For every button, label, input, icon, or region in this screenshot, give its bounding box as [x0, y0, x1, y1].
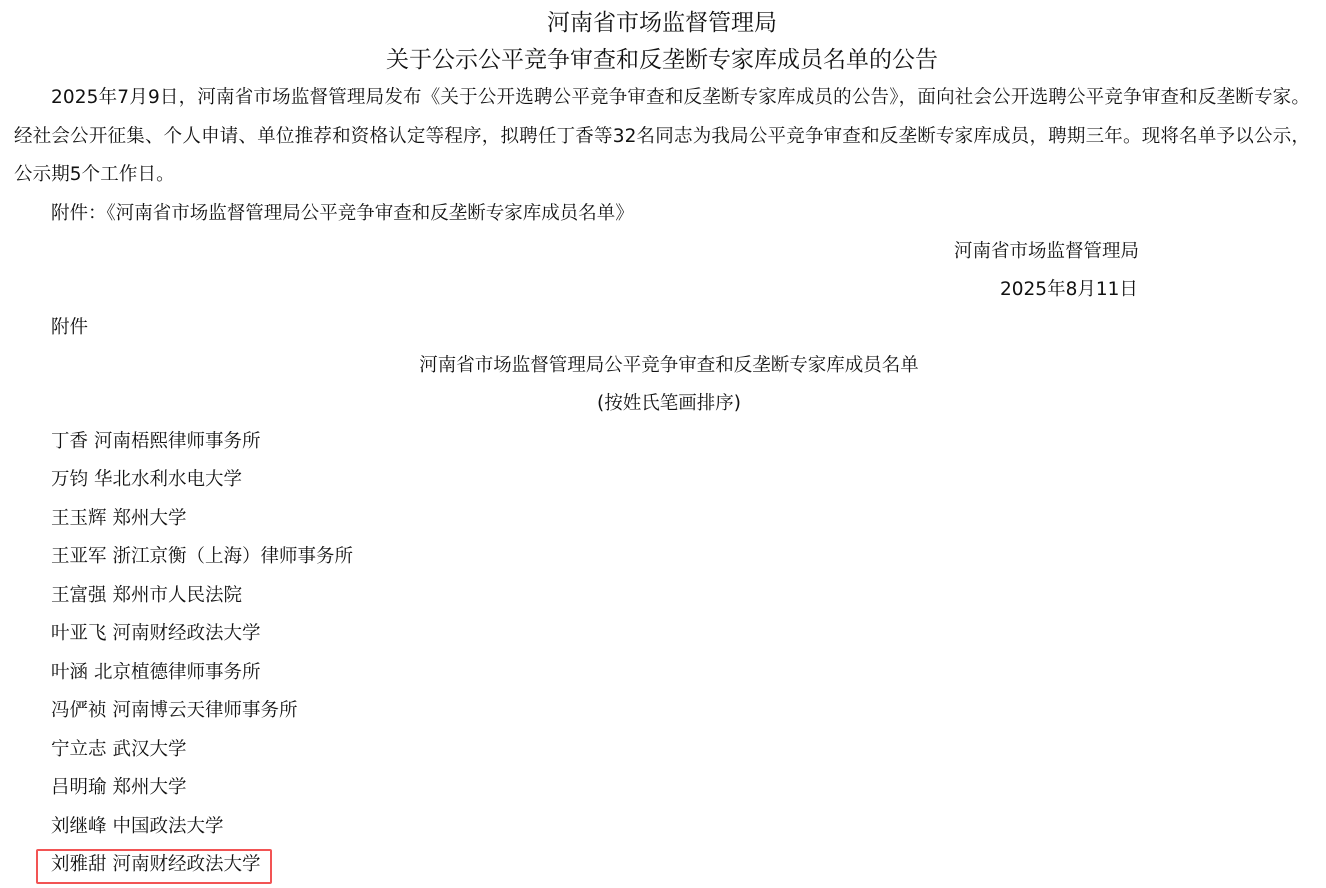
- announcement-body-paragraph: 2025年7月9日，河南省市场监督管理局发布《关于公开选聘公平竞争审查和反垄断专…: [14, 79, 1310, 195]
- signature-organization: 河南省市场监督管理局: [14, 233, 1310, 271]
- member-organization: 河南梧熙律师事务所: [94, 431, 261, 452]
- list-item: 吕明瑜郑州大学: [14, 769, 1310, 808]
- list-item: 宁立志武汉大学: [14, 731, 1310, 770]
- member-organization: 河南财经政法大学: [113, 854, 261, 875]
- member-list-title: 河南省市场监督管理局公平竞争审查和反垄断专家库成员名单: [14, 347, 1310, 385]
- member-list-subtitle: (按姓氏笔画排序): [14, 385, 1310, 423]
- list-item: 丁香河南梧熙律师事务所: [14, 423, 1310, 462]
- list-item: 叶亚飞河南财经政法大学: [14, 615, 1310, 654]
- member-organization: 郑州市人民法院: [113, 585, 243, 606]
- list-item: 王玉辉郑州大学: [14, 500, 1310, 539]
- member-name: 王玉辉: [51, 508, 107, 529]
- member-organization: 北京植德律师事务所: [94, 662, 261, 683]
- signature-date: 2025年8月11日: [14, 271, 1310, 309]
- member-name: 冯俨祯: [51, 700, 107, 721]
- announcement-title: 关于公示公平竞争审查和反垄断专家库成员名单的公告: [14, 43, 1310, 77]
- member-organization: 郑州大学: [113, 508, 187, 529]
- highlighted-member-text: 刘雅甜河南财经政法大学: [51, 846, 261, 885]
- member-name: 刘雅甜: [51, 854, 107, 875]
- member-name: 宁立志: [51, 739, 107, 760]
- member-organization: 浙江京衡（上海）律师事务所: [113, 546, 354, 567]
- attachment-reference: 附件：《河南省市场监督管理局公平竞争审查和反垄断专家库成员名单》: [14, 195, 1310, 233]
- member-name: 叶涵: [51, 662, 88, 683]
- agency-title: 河南省市场监督管理局: [14, 0, 1310, 40]
- member-name: 吕明瑜: [51, 777, 107, 798]
- list-item: 王亚军浙江京衡（上海）律师事务所: [14, 538, 1310, 577]
- list-item: 万钧华北水利水电大学: [14, 461, 1310, 500]
- member-organization: 武汉大学: [113, 739, 187, 760]
- list-item-highlighted: 刘雅甜河南财经政法大学: [14, 846, 1310, 885]
- member-name: 丁香: [51, 431, 88, 452]
- list-item: 冯俨祯河南博云天律师事务所: [14, 692, 1310, 731]
- list-item: 叶涵北京植德律师事务所: [14, 654, 1310, 693]
- member-list: 丁香河南梧熙律师事务所 万钧华北水利水电大学 王玉辉郑州大学 王亚军浙江京衡（上…: [14, 423, 1310, 885]
- attachment-heading: 附件: [14, 309, 1310, 347]
- member-organization: 中国政法大学: [113, 816, 224, 837]
- list-item: 王富强郑州市人民法院: [14, 577, 1310, 616]
- member-organization: 郑州大学: [113, 777, 187, 798]
- announcement-document: 河南省市场监督管理局 关于公示公平竞争审查和反垄断专家库成员名单的公告 2025…: [14, 0, 1310, 885]
- member-organization: 河南博云天律师事务所: [113, 700, 298, 721]
- member-name: 王富强: [51, 585, 107, 606]
- member-name: 万钧: [51, 469, 88, 490]
- member-organization: 河南财经政法大学: [113, 623, 261, 644]
- member-name: 刘继峰: [51, 816, 107, 837]
- list-item: 刘继峰中国政法大学: [14, 808, 1310, 847]
- member-name: 王亚军: [51, 546, 107, 567]
- member-name: 叶亚飞: [51, 623, 107, 644]
- member-organization: 华北水利水电大学: [94, 469, 242, 490]
